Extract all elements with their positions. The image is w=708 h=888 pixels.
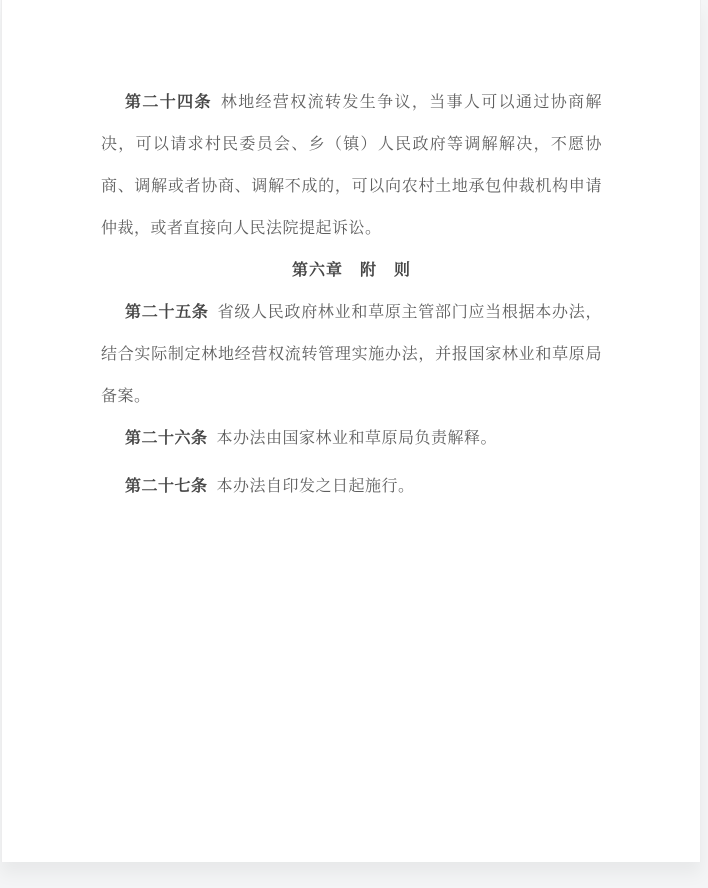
- article-number: 第二十六条: [125, 430, 208, 447]
- article-text: 本办法自印发之日起施行。: [217, 478, 415, 495]
- article-text: 本办法由国家林业和草原局负责解释。: [217, 430, 498, 447]
- viewer-background: { "colors": { "viewer_background": "#f4f…: [0, 0, 708, 888]
- chapter-heading: 第六章 附 则: [101, 250, 602, 292]
- article-number: 第二十五条: [125, 304, 209, 321]
- document-page: 第二十四条林地经营权流转发生争议，当事人可以通过协商解决，可以请求村民委员会、乡…: [1, 0, 701, 862]
- article-paragraph-26: 第二十六条本办法由国家林业和草原局负责解释。: [101, 418, 602, 460]
- article-number: 第二十七条: [125, 478, 208, 495]
- article-paragraph-27: 第二十七条本办法自印发之日起施行。: [101, 466, 602, 508]
- article-number: 第二十四条: [125, 94, 212, 111]
- article-text: 林地经营权流转发生争议，当事人可以通过协商解决，可以请求村民委员会、乡（镇）人民…: [101, 94, 602, 237]
- article-paragraph-25: 第二十五条省级人民政府林业和草原主管部门应当根据本办法，结合实际制定林地经营权流…: [101, 292, 602, 418]
- article-paragraph-24: 第二十四条林地经营权流转发生争议，当事人可以通过协商解决，可以请求村民委员会、乡…: [101, 82, 602, 250]
